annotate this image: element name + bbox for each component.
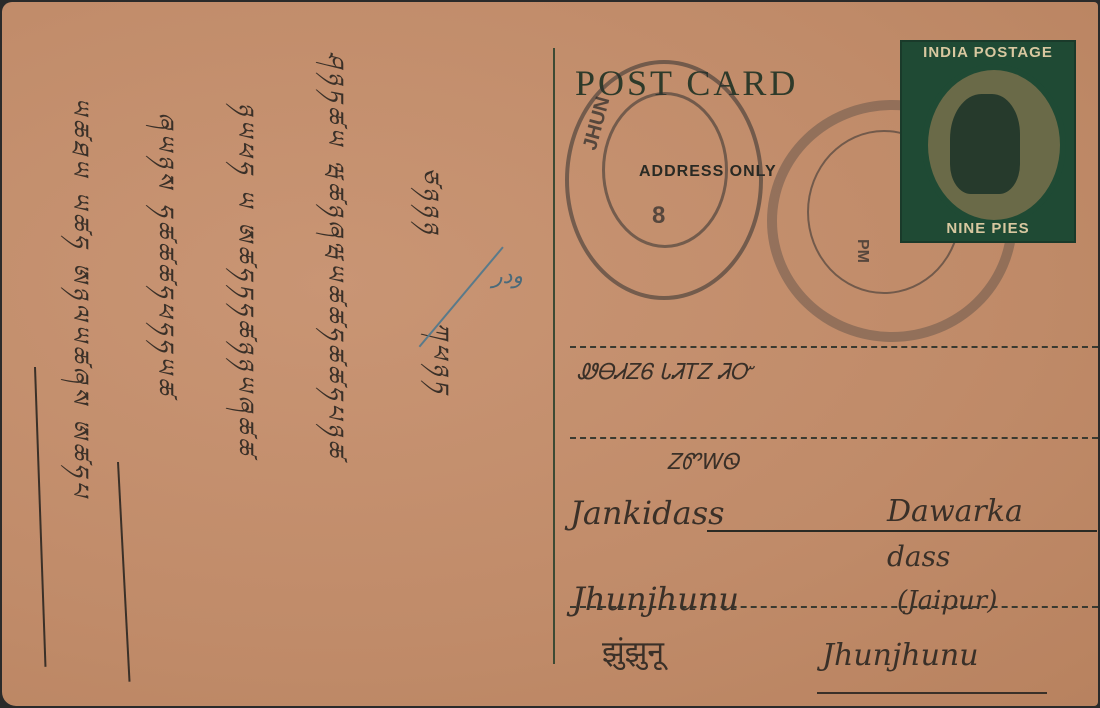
strikethrough-name <box>707 530 1097 532</box>
margin-line-1 <box>34 367 46 667</box>
postcard: POST CARD ADDRESS ONLY JHUN 8 PM INDIA P… <box>2 2 1098 706</box>
address-script-2: ᏃᏛᎳᏫ <box>667 450 739 475</box>
message-line-2: ཞཡཉས ཧཚཚཚཧཕཧཧཡཚ <box>132 112 199 398</box>
postmark-time: PM <box>853 239 871 263</box>
addressee-name-struck: Dawarka <box>887 494 1023 529</box>
addressee-name: Jankidass <box>570 494 725 532</box>
message-line-6: ཀཕཉཏ <box>407 322 474 397</box>
stamp-country: INDIA POSTAGE <box>902 44 1074 61</box>
address-city-script: झुंझुनू <box>602 630 664 671</box>
message-line-4: ཤཉཏཚཡ ཝཚཉཞཝཡཚཚཧཚཚཧཔཉཚ <box>302 52 369 460</box>
message-line-3: ཉཡཕཧ ཡ ཨཚཧཏཧཚཉཉཡཞཚཚ <box>212 102 279 458</box>
postmark-day: 8 <box>652 202 665 230</box>
address-city: Jhunjhunu <box>572 580 739 618</box>
postage-stamp: INDIA POSTAGE NINE PIES <box>900 40 1076 243</box>
blue-note: ودر <box>492 264 523 289</box>
king-portrait-icon <box>950 94 1020 194</box>
address-line-2 <box>570 437 1098 439</box>
stamp-value: NINE PIES <box>902 220 1074 237</box>
address-script-1: ᏪᎾᏗᏃᏮ ᏓᏘᎢᏃ ᏘᏅ <box>577 360 753 385</box>
addressee-correction: dass <box>887 540 950 573</box>
address-region-struck: (Jaipur) <box>897 586 997 616</box>
underline-city <box>817 692 1047 694</box>
message-line-5: ཙཉཉཉ <box>397 167 464 237</box>
address-line-1 <box>570 346 1098 348</box>
margin-line-2 <box>117 462 131 682</box>
message-line-1: ཡཚཐཡ ཡཚཧ ཨཉལཡཚཞས ཨཚཧཔ <box>47 97 114 500</box>
center-divider <box>553 48 555 664</box>
address-city-repeat: Jhunjhunu <box>822 638 979 673</box>
